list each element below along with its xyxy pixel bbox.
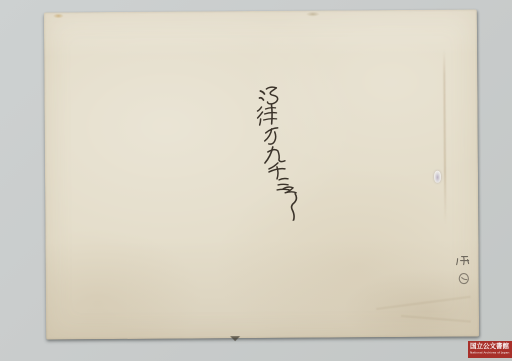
paper-edge-tear xyxy=(230,336,240,341)
paper-crease xyxy=(443,50,446,225)
document-page: 法律第九十三号 xyxy=(44,9,479,339)
paper-stain xyxy=(306,12,320,17)
paper-stain xyxy=(53,13,64,18)
pencil-annotation-marks xyxy=(454,254,476,288)
archive-stamp: 国立公文書館 National Archives of Japan xyxy=(468,341,512,358)
archive-stamp-title: 国立公文書館 xyxy=(470,343,509,350)
paper-hole-spot xyxy=(434,171,441,183)
paper-wrinkle xyxy=(376,296,470,310)
paper-wrinkle xyxy=(401,315,471,322)
archive-stamp-subtitle: National Archives of Japan xyxy=(470,352,509,355)
calligraphy-text: 法律第九十三号 xyxy=(250,83,313,221)
scan-backdrop: 法律第九十三号 国立公文書館 National Archives of Japa… xyxy=(0,0,512,361)
